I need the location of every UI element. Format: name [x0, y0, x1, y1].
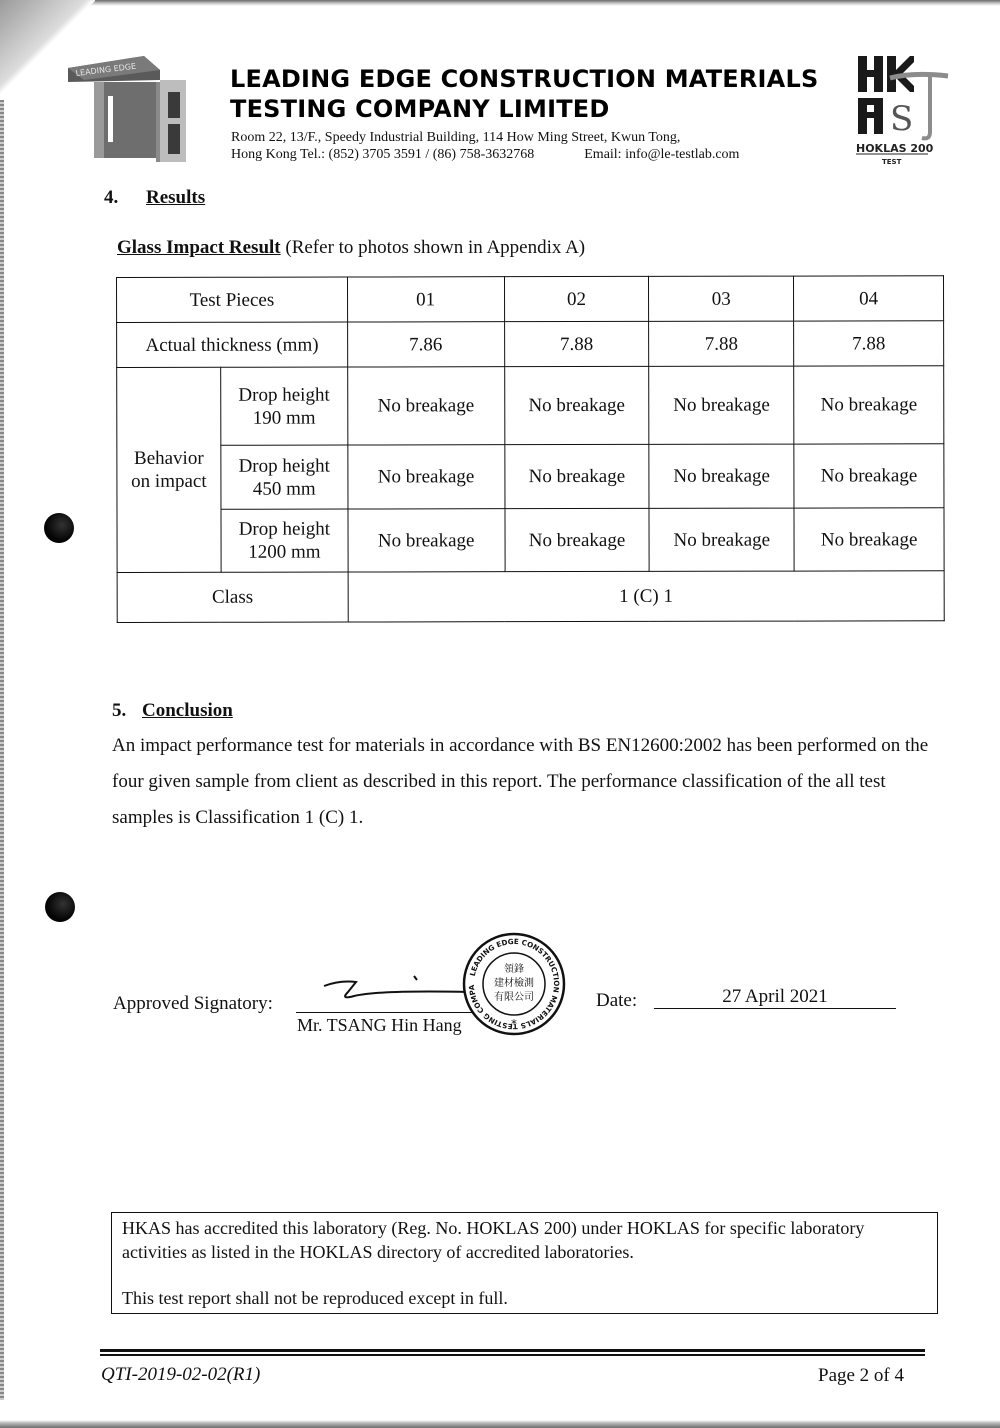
- punch-hole-icon: [45, 892, 75, 922]
- company-address: Room 22, 13/F., Speedy Industrial Buildi…: [231, 129, 739, 163]
- punch-hole-icon: [44, 513, 74, 543]
- glass-impact-result-table: Test Pieces 01 02 03 04 Actual thickness…: [116, 275, 945, 623]
- result-cell: No breakage: [794, 444, 944, 508]
- signature-icon: [320, 970, 470, 1010]
- result-cell: No breakage: [348, 445, 505, 509]
- behavior-label-line1: Behavior: [117, 447, 220, 470]
- subheading-title: Glass Impact Result: [117, 237, 281, 258]
- thickness-value: 7.86: [347, 322, 504, 367]
- result-cell: No breakage: [649, 366, 794, 444]
- hkas-s-glyph: S: [890, 99, 913, 139]
- section-4-heading: 4.Results: [104, 187, 205, 209]
- result-cell: No breakage: [505, 508, 650, 571]
- behavior-on-impact-label: Behavior on impact: [117, 367, 221, 572]
- company-name-line1: LEADING EDGE CONSTRUCTION MATERIALS: [230, 64, 818, 94]
- table-row-thickness: Actual thickness (mm) 7.86 7.88 7.88 7.8…: [117, 321, 944, 368]
- company-email: Email: info@le-testlab.com: [584, 146, 739, 163]
- thickness-label: Actual thickness (mm): [117, 322, 348, 367]
- table-row-drop-450: Drop height 450 mm No breakage No breaka…: [117, 444, 944, 510]
- page-number: Page 2 of 4: [818, 1365, 904, 1387]
- date-label: Date:: [596, 990, 637, 1012]
- result-cell: No breakage: [347, 367, 504, 445]
- piece-header: 02: [504, 276, 649, 321]
- drop-label-line1: Drop height: [221, 383, 347, 406]
- thickness-value: 7.88: [794, 321, 944, 366]
- piece-header: 03: [649, 276, 794, 321]
- scan-bottom-edge: [0, 1420, 1000, 1428]
- company-seal-icon: LEADING EDGE CONSTRUCTION MATERIALS TEST…: [462, 932, 566, 1036]
- section-number: 5.: [112, 700, 142, 722]
- drop-label-line1: Drop height: [221, 454, 347, 477]
- result-cell: No breakage: [504, 366, 649, 444]
- drop-label-line1: Drop height: [221, 518, 347, 541]
- document-code: QTI-2019-02-02(R1): [101, 1364, 260, 1386]
- accreditation-notice: HKAS has accredited this laboratory (Reg…: [111, 1212, 938, 1314]
- subheading-note: (Refer to photos shown in Appendix A): [285, 237, 585, 258]
- table-row-drop-1200: Drop height 1200 mm No breakage No break…: [117, 508, 944, 573]
- section-title: Results: [146, 187, 205, 208]
- test-pieces-label: Test Pieces: [117, 277, 348, 322]
- glass-impact-subheading: Glass Impact Result (Refer to photos sho…: [117, 237, 585, 259]
- result-cell: No breakage: [794, 508, 944, 571]
- drop-height-label: Drop height 450 mm: [221, 445, 348, 509]
- result-cell: No breakage: [649, 508, 794, 571]
- thickness-value: 7.88: [504, 321, 649, 366]
- drop-label-line2: 450 mm: [221, 477, 347, 500]
- thickness-value: 7.88: [649, 321, 794, 366]
- svg-text:TEST: TEST: [882, 158, 902, 166]
- reproduction-notice: This test report shall not be reproduced…: [122, 1286, 927, 1310]
- scan-left-edge: [0, 100, 4, 1400]
- piece-header: 01: [347, 277, 504, 322]
- signatory-name: Mr. TSANG Hin Hang: [297, 1015, 462, 1036]
- svg-text:領鋒: 領鋒: [504, 962, 524, 975]
- svg-text:*: *: [511, 1017, 517, 1031]
- section-title: Conclusion: [142, 700, 233, 721]
- table-row-class: Class 1 (C) 1: [117, 571, 944, 623]
- hkas-logo-icon: S HOKLAS 200 TEST: [854, 52, 954, 167]
- svg-text:有限公司: 有限公司: [494, 990, 534, 1003]
- drop-label-line2: 190 mm: [221, 406, 347, 429]
- result-cell: No breakage: [649, 444, 794, 508]
- conclusion-text: An impact performance test for materials…: [112, 728, 950, 836]
- date-value: 27 April 2021: [654, 986, 896, 1009]
- scan-top-edge: [0, 0, 1000, 6]
- company-name-line2: TESTING COMPANY LIMITED: [230, 94, 818, 124]
- class-label: Class: [117, 572, 348, 622]
- leading-edge-logo-icon: LEADING EDGE: [64, 52, 192, 162]
- result-cell: No breakage: [794, 366, 944, 444]
- behavior-label-line2: on impact: [117, 470, 220, 493]
- accreditation-text: HKAS has accredited this laboratory (Reg…: [122, 1216, 927, 1264]
- table-row-drop-190: Behavior on impact Drop height 190 mm No…: [117, 366, 944, 446]
- svg-text:HOKLAS 200: HOKLAS 200: [856, 142, 934, 155]
- approved-signatory-label: Approved Signatory:: [113, 993, 273, 1015]
- section-number: 4.: [104, 187, 146, 209]
- piece-header: 04: [794, 276, 944, 321]
- table-row-test-pieces: Test Pieces 01 02 03 04: [117, 276, 944, 323]
- drop-height-label: Drop height 190 mm: [221, 367, 348, 445]
- signature-line: [296, 1012, 486, 1013]
- footer-divider: [100, 1349, 925, 1356]
- result-cell: No breakage: [348, 509, 505, 572]
- drop-label-line2: 1200 mm: [221, 541, 347, 564]
- address-line2: Hong Kong Tel.: (852) 3705 3591 / (86) 7…: [231, 146, 534, 163]
- section-5-heading: 5.Conclusion: [112, 700, 233, 722]
- company-name: LEADING EDGE CONSTRUCTION MATERIALS TEST…: [230, 64, 818, 124]
- address-line1: Room 22, 13/F., Speedy Industrial Buildi…: [231, 129, 739, 146]
- class-value: 1 (C) 1: [348, 571, 944, 622]
- result-cell: No breakage: [504, 444, 649, 508]
- svg-text:建材檢測: 建材檢測: [494, 976, 534, 989]
- drop-height-label: Drop height 1200 mm: [221, 509, 348, 572]
